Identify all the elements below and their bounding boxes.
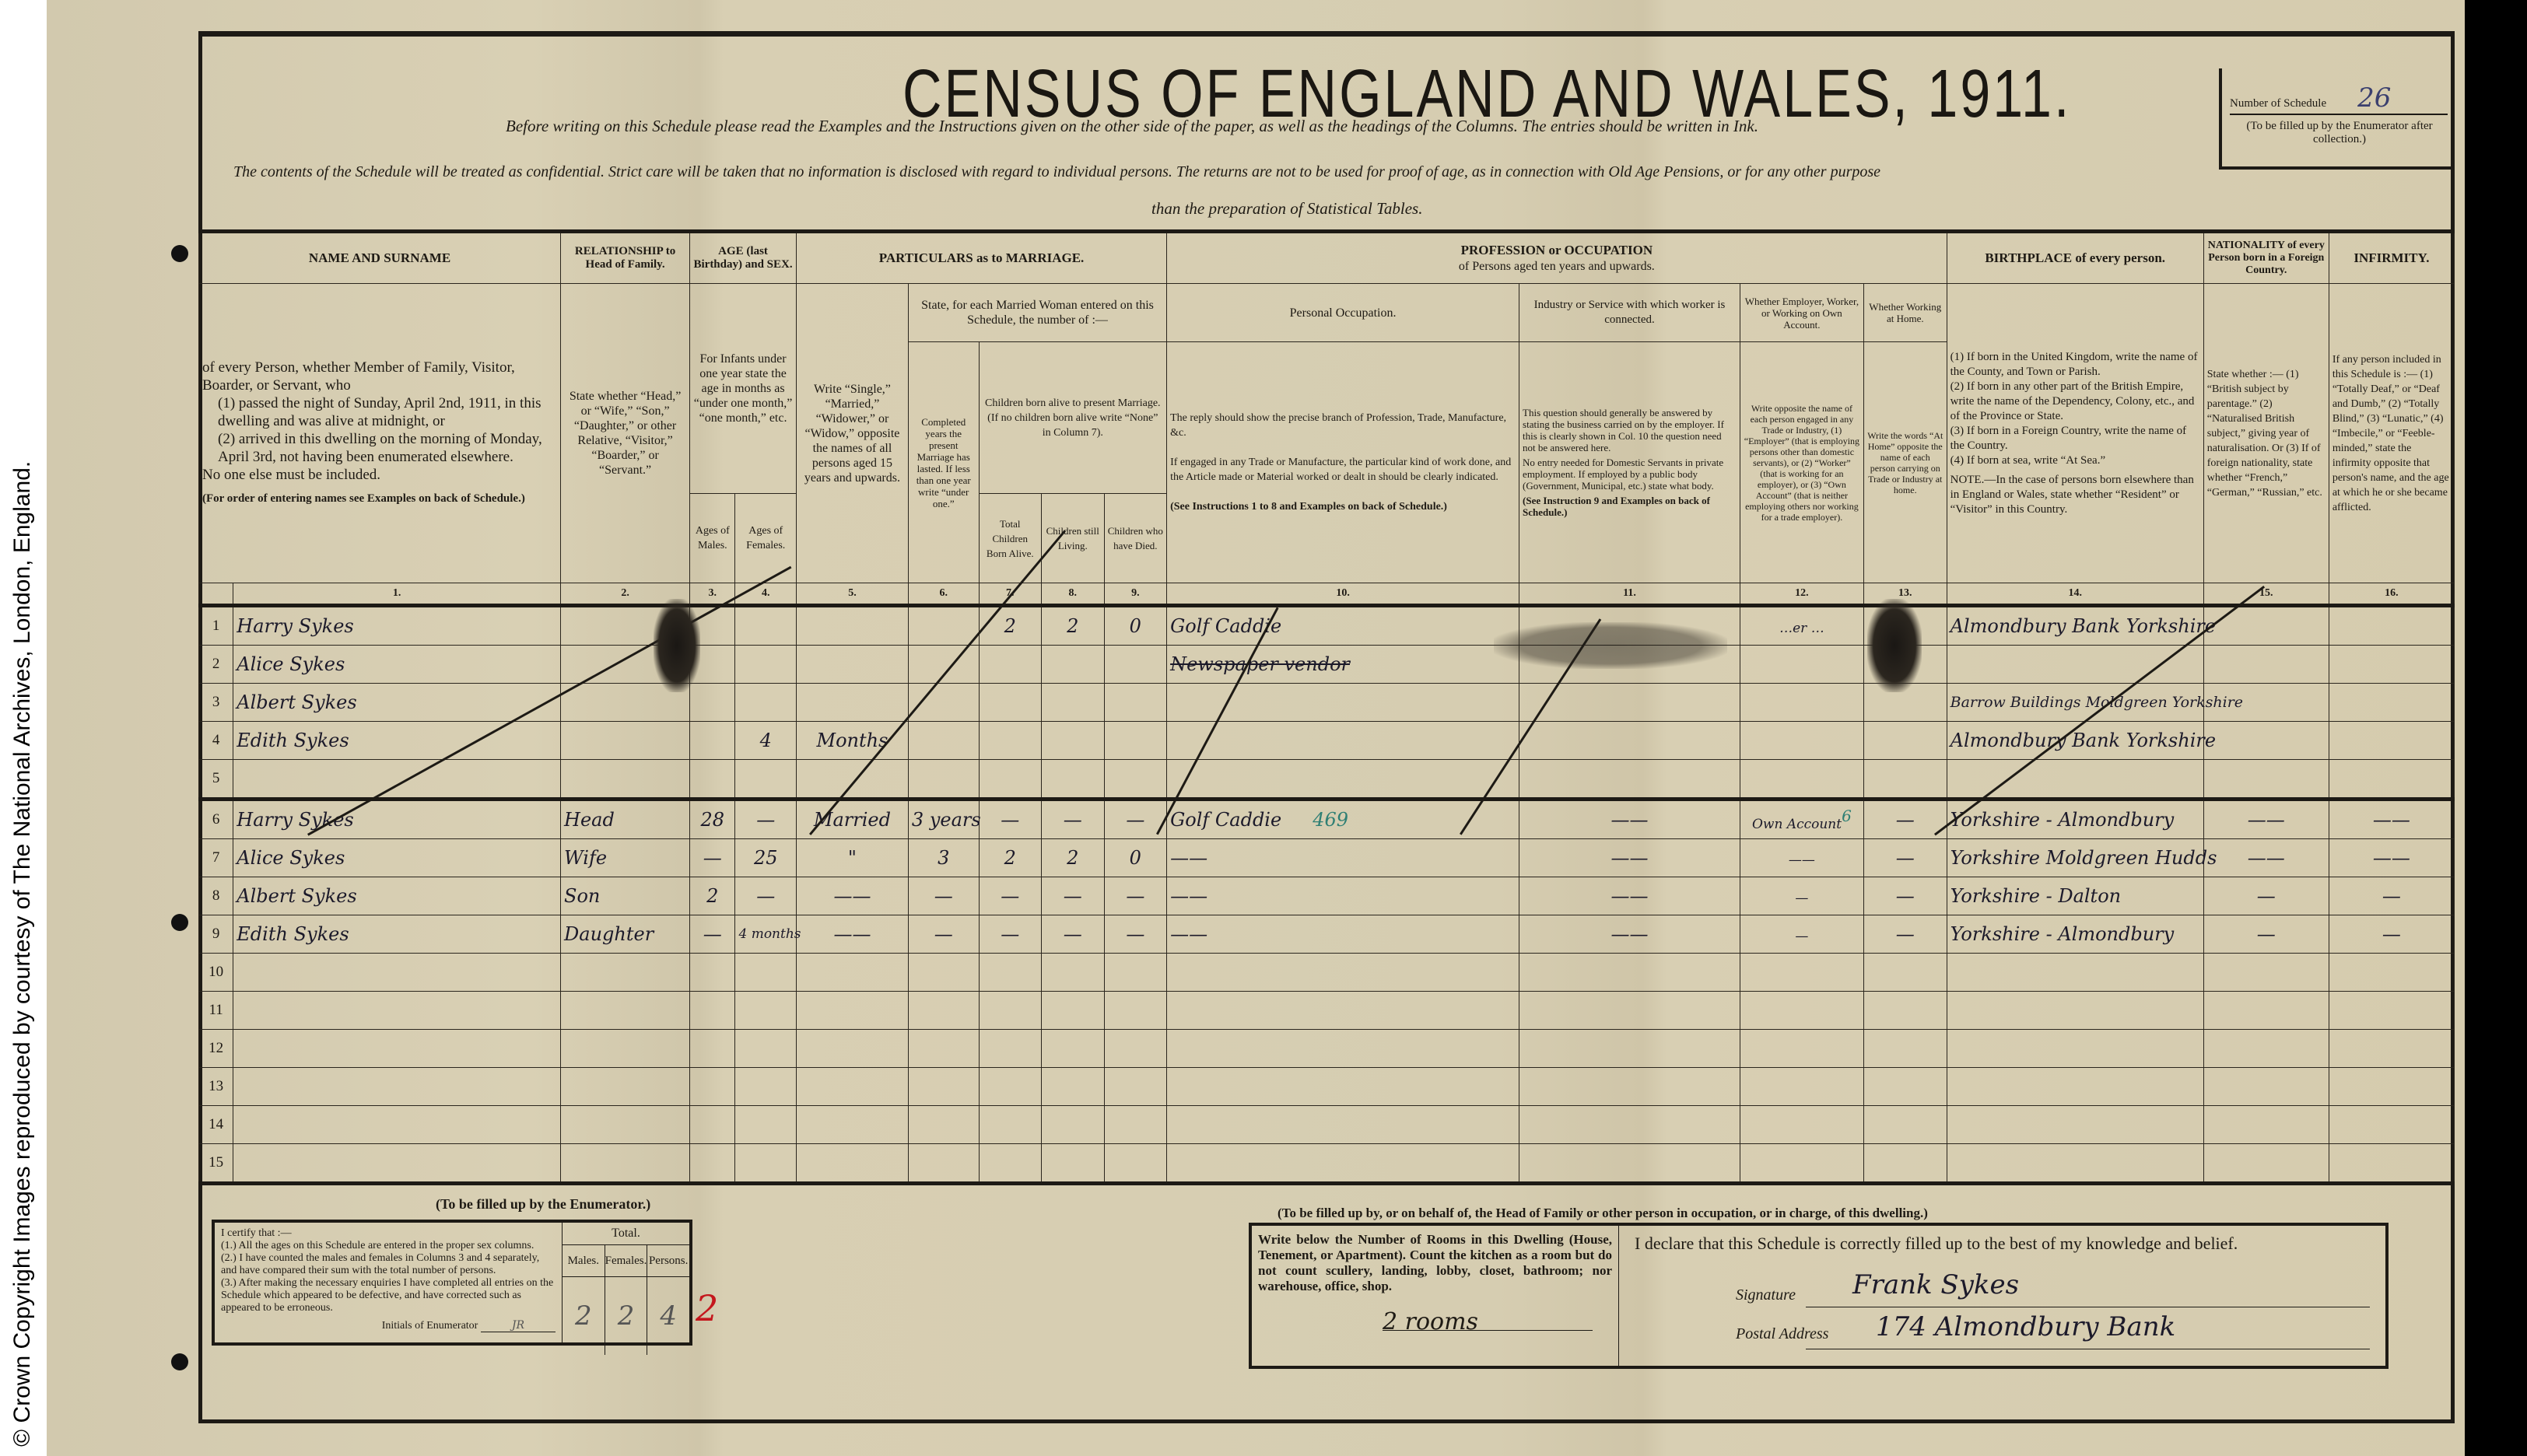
ink-blot: [1867, 599, 1922, 692]
row-number: 15: [199, 1144, 233, 1184]
children-died-cell: [1104, 992, 1167, 1030]
row-number: 3: [199, 684, 233, 722]
person-name-cell: [233, 760, 561, 800]
red-check-mark: 2: [696, 1287, 718, 1329]
nationality-cell: [2203, 722, 2329, 760]
children-living-cell: [1042, 1144, 1105, 1184]
schedule-number-note: (To be filled up by the Enumerator after…: [2230, 120, 2449, 146]
working-at-home-cell: —: [1863, 915, 1947, 954]
children-living-cell: 2: [1042, 839, 1105, 877]
years-married-cell: [908, 1106, 979, 1144]
birthplace-cell: [1947, 1068, 2203, 1106]
household-row: 10: [199, 954, 2455, 992]
row-number: 8: [199, 877, 233, 915]
nationality-cell: [2203, 606, 2329, 646]
infirmity-cell: [2329, 684, 2454, 722]
header-name: NAME AND SURNAME: [199, 232, 561, 284]
occupation-code: 469: [1313, 809, 1348, 831]
confidentiality-line-2: than the preparation of Statistical Tabl…: [1151, 199, 1422, 219]
working-at-home-cell: [1863, 1068, 1947, 1106]
nationality-cell: [2203, 646, 2329, 684]
signature: Frank Sykes: [1852, 1269, 2019, 1300]
person-name-cell: Harry Sykes: [233, 800, 561, 839]
employment-status-cell: —: [1740, 877, 1863, 915]
relationship-cell: Daughter: [561, 915, 690, 954]
schedule-number: 26: [2357, 82, 2391, 114]
person-name-cell: Alice Sykes: [233, 646, 561, 684]
birthplace-cell: [1947, 1144, 2203, 1184]
relationship-cell: [561, 992, 690, 1030]
header-employer: Whether Employer, Worker, or Working on …: [1740, 284, 1863, 342]
row-number: 6: [199, 800, 233, 839]
years-married-cell: 3: [908, 839, 979, 877]
children-living-cell: [1042, 1030, 1105, 1068]
children-died-cell: [1104, 1144, 1167, 1184]
occupation-text: Golf Caddie: [1170, 809, 1281, 831]
copyright-notice: © Crown Copyright Images reproduced by c…: [11, 461, 34, 1447]
relationship-cell: [561, 1030, 690, 1068]
years-married-cell: [908, 1030, 979, 1068]
household-row: 11: [199, 992, 2455, 1030]
total-persons: 4: [647, 1277, 689, 1355]
children-living-cell: —: [1042, 877, 1105, 915]
birthplace-cell: Yorkshire - Almondbury: [1947, 915, 2203, 954]
relationship-cell: [561, 1144, 690, 1184]
marital-status-cell: [796, 760, 908, 800]
age-female-cell: [735, 1030, 797, 1068]
header-nationality: NATIONALITY of every Person born in a Fo…: [2203, 232, 2329, 284]
age-male-cell: 2: [690, 877, 735, 915]
industry-cell: ——: [1519, 800, 1740, 839]
infirmity-cell: [2329, 760, 2454, 800]
employment-status-cell: —: [1740, 915, 1863, 954]
employer-instructions: Write opposite the name of each person e…: [1740, 342, 1863, 583]
household-row: 6Harry SykesHead28—Married3 years———Golf…: [199, 800, 2455, 839]
personal-occupation-cell: [1167, 722, 1519, 760]
age-female-cell: [735, 684, 797, 722]
industry-cell: [1519, 684, 1740, 722]
nationality-cell: [2203, 1144, 2329, 1184]
relationship-cell: [561, 1068, 690, 1106]
occupation-text: ——: [1170, 885, 1207, 907]
children-living-cell: [1042, 954, 1105, 992]
children-living-cell: [1042, 646, 1105, 684]
married-woman-instructions: State, for each Married Woman entered on…: [908, 284, 1166, 342]
children-died-cell: 0: [1104, 606, 1167, 646]
header-personal-occupation: Personal Occupation.: [1167, 284, 1519, 342]
schedule-number-label: Number of Schedule: [2230, 97, 2326, 110]
enumerator-certificate: I certify that :— (1.) All the ages on t…: [212, 1220, 692, 1346]
children-living-cell: [1042, 760, 1105, 800]
relationship-cell: [561, 954, 690, 992]
age-male-cell: [690, 954, 735, 992]
marital-status-cell: [796, 1106, 908, 1144]
employment-status-cell: [1740, 646, 1863, 684]
industry-cell: ——: [1519, 915, 1740, 954]
row-number: 2: [199, 646, 233, 684]
industry-cell: [1519, 1106, 1740, 1144]
household-row: 2Alice SykesNewspaper vendor: [199, 646, 2455, 684]
industry-cell: [1519, 1144, 1740, 1184]
occupation-text: Newspaper vendor: [1170, 653, 1350, 675]
relationship-cell: [561, 722, 690, 760]
industry-cell: [1519, 760, 1740, 800]
person-name-cell: Edith Sykes: [233, 722, 561, 760]
header-ages-males: Ages of Males.: [690, 494, 735, 583]
punch-hole: [171, 914, 188, 931]
row-number: 12: [199, 1030, 233, 1068]
marital-status-cell: [796, 1068, 908, 1106]
birthplace-cell: [1947, 646, 2203, 684]
children-born-cell: [979, 760, 1042, 800]
marital-status-cell: Married: [796, 800, 908, 839]
marital-status-cell: Months: [796, 722, 908, 760]
marital-status-cell: [796, 992, 908, 1030]
birthplace-cell: [1947, 954, 2203, 992]
males-label: Males.: [563, 1245, 605, 1276]
row-number: 11: [199, 992, 233, 1030]
person-name-cell: Harry Sykes: [233, 606, 561, 646]
children-died-cell: [1104, 1106, 1167, 1144]
home-instructions: Write the words “At Home” opposite the n…: [1863, 342, 1947, 583]
column-numbers: 1.2. 3.4. 5.6.7.8.9. 10.11.12.13. 14.15.…: [199, 583, 2455, 606]
household-row: 7Alice SykesWife—25"3220———————Yorkshire…: [199, 839, 2455, 877]
household-row: 9Edith SykesDaughter—4 months———————————…: [199, 915, 2455, 954]
children-born-cell: [979, 1030, 1042, 1068]
children-died-cell: [1104, 954, 1167, 992]
years-married-cell: [908, 1144, 979, 1184]
children-died-cell: [1104, 646, 1167, 684]
header-occupation: PROFESSION or OCCUPATIONof Persons aged …: [1167, 232, 1947, 284]
signature-label: Signature: [1736, 1286, 1796, 1304]
working-at-home-cell: —: [1863, 839, 1947, 877]
marriage-years-instructions: Completed years the present Marriage has…: [908, 342, 979, 583]
industry-cell: [1519, 722, 1740, 760]
persons-label: Persons.: [647, 1245, 689, 1276]
employment-status-cell: [1740, 1106, 1863, 1144]
years-married-cell: [908, 760, 979, 800]
working-at-home-cell: [1863, 722, 1947, 760]
postal-address: 174 Almondbury Bank: [1876, 1311, 2175, 1342]
age-female-cell: [735, 760, 797, 800]
females-label: Females.: [605, 1245, 648, 1276]
children-born-cell: —: [979, 877, 1042, 915]
household-row: 1Harry Sykes220Golf Caddie…er …Almondbur…: [199, 606, 2455, 646]
children-died-cell: [1104, 760, 1167, 800]
certify-item-2: (2.) I have counted the males and female…: [221, 1252, 556, 1277]
marital-status-cell: [796, 646, 908, 684]
nationality-cell: [2203, 954, 2329, 992]
header-home: Whether Working at Home.: [1863, 284, 1947, 342]
employment-status-cell: [1740, 684, 1863, 722]
row-number: 1: [199, 606, 233, 646]
infirmity-cell: —: [2329, 877, 2454, 915]
personal-occupation-cell: Newspaper vendor: [1167, 646, 1519, 684]
header-infirmity: INFIRMITY.: [2329, 232, 2454, 284]
employer-text: —: [1795, 929, 1808, 944]
personal-occupation-cell: [1167, 1106, 1519, 1144]
occupation-text: ——: [1170, 847, 1207, 869]
birthplace-cell: Yorkshire Moldgreen Hudds: [1947, 839, 2203, 877]
personal-occupation-cell: [1167, 760, 1519, 800]
industry-cell: [1519, 954, 1740, 992]
infirmity-cell: [2329, 606, 2454, 646]
header-age: AGE (last Birthday) and SEX.: [690, 232, 797, 284]
nationality-instructions: State whether :— (1) “British subject by…: [2203, 284, 2329, 583]
industry-cell: [1519, 1030, 1740, 1068]
household-row: 4Edith Sykes4MonthsAlmondbury Bank Yorks…: [199, 722, 2455, 760]
birthplace-cell: Almondbury Bank Yorkshire: [1947, 606, 2203, 646]
marital-status-cell: [796, 1030, 908, 1068]
years-married-cell: —: [908, 877, 979, 915]
relationship-cell: [561, 1106, 690, 1144]
person-name-cell: [233, 1030, 561, 1068]
years-married-cell: [908, 722, 979, 760]
nationality-cell: ——: [2203, 839, 2329, 877]
working-at-home-cell: [1863, 760, 1947, 800]
children-died-cell: [1104, 1030, 1167, 1068]
years-married-cell: [908, 1068, 979, 1106]
nationality-cell: —: [2203, 915, 2329, 954]
employment-status-cell: …er …: [1740, 606, 1863, 646]
children-born-cell: [979, 684, 1042, 722]
working-at-home-cell: [1863, 992, 1947, 1030]
enumerator-section-title: (To be filled up by the Enumerator.): [436, 1196, 650, 1213]
infirmity-cell: [2329, 1030, 2454, 1068]
household-row: 3Albert SykesBarrow Buildings Moldgreen …: [199, 684, 2455, 722]
age-male-cell: [690, 1030, 735, 1068]
personal-occupation-cell: ——: [1167, 915, 1519, 954]
industry-instructions: This question should generally be answer…: [1519, 342, 1740, 583]
personal-occupation-instructions: The reply should show the precise branch…: [1167, 342, 1519, 583]
marital-status-cell: ——: [796, 915, 908, 954]
header-marriage: PARTICULARS as to MARRIAGE.: [796, 232, 1166, 284]
row-number: 13: [199, 1068, 233, 1106]
person-name-cell: Albert Sykes: [233, 877, 561, 915]
punch-hole: [171, 245, 188, 262]
name-instructions: of every Person, whether Member of Famil…: [199, 284, 561, 583]
household-row: 14: [199, 1106, 2455, 1144]
infirmity-cell: [2329, 954, 2454, 992]
head-of-family-declaration: Write below the Number of Rooms in this …: [1249, 1223, 2389, 1369]
row-number: 9: [199, 915, 233, 954]
employment-status-cell: [1740, 1068, 1863, 1106]
children-living-cell: [1042, 684, 1105, 722]
enumerator-initials: JR: [481, 1319, 556, 1332]
children-living-cell: [1042, 722, 1105, 760]
children-died-cell: [1104, 684, 1167, 722]
birthplace-cell: Yorkshire - Almondbury: [1947, 800, 2203, 839]
relationship-instructions: State whether “Head,” or “Wife,” “Son,” …: [561, 284, 690, 583]
signature-line: [1806, 1307, 2370, 1307]
infirmity-cell: [2329, 1144, 2454, 1184]
industry-cell: [1519, 1068, 1740, 1106]
person-name-cell: [233, 1068, 561, 1106]
number-of-rooms: 2 rooms: [1383, 1314, 1593, 1331]
occupation-text: ——: [1170, 923, 1207, 945]
totals-label: Total.: [563, 1223, 689, 1245]
ink-blot: [654, 599, 700, 692]
schedule-number-box: Number of Schedule26 (To be filled up by…: [2219, 68, 2454, 170]
punch-hole: [171, 1353, 188, 1370]
age-female-cell: [735, 1068, 797, 1106]
children-born-cell: 2: [979, 839, 1042, 877]
personal-occupation-cell: ——: [1167, 839, 1519, 877]
children-living-cell: [1042, 1106, 1105, 1144]
marital-status-cell: ——: [796, 877, 908, 915]
employment-status-cell: ——: [1740, 839, 1863, 877]
declaration-text: I declare that this Schedule is correctl…: [1635, 1234, 2370, 1254]
industry-cell: [1519, 992, 1740, 1030]
age-female-cell: 4: [735, 722, 797, 760]
person-name-cell: [233, 954, 561, 992]
age-male-cell: [690, 760, 735, 800]
children-born-cell: —: [979, 800, 1042, 839]
employment-status-cell: [1740, 992, 1863, 1030]
marital-status-cell: [796, 1144, 908, 1184]
children-born-cell: [979, 646, 1042, 684]
children-born-cell: [979, 1106, 1042, 1144]
personal-occupation-cell: [1167, 1068, 1519, 1106]
certify-item-3: (3.) After making the necessary enquirie…: [221, 1277, 556, 1314]
nationality-cell: [2203, 1068, 2329, 1106]
confidentiality-line: The contents of the Schedule will be tre…: [233, 163, 1880, 181]
total-males: 2: [563, 1277, 605, 1355]
infirmity-instructions: If any person included in this Schedule …: [2329, 284, 2454, 583]
relationship-cell: Wife: [561, 839, 690, 877]
employment-code: 6: [1842, 807, 1852, 825]
personal-occupation-cell: [1167, 1144, 1519, 1184]
children-born-cell: [979, 954, 1042, 992]
working-at-home-cell: [1863, 1144, 1947, 1184]
infirmity-cell: [2329, 646, 2454, 684]
age-female-cell: 4 months: [735, 915, 797, 954]
age-male-cell: [690, 1106, 735, 1144]
employment-status-cell: [1740, 954, 1863, 992]
nationality-cell: [2203, 1106, 2329, 1144]
person-name-cell: [233, 992, 561, 1030]
postal-address-label: Postal Address: [1736, 1325, 1828, 1343]
years-married-cell: [908, 646, 979, 684]
children-living-cell: [1042, 992, 1105, 1030]
personal-occupation-cell: ——: [1167, 877, 1519, 915]
personal-occupation-cell: [1167, 992, 1519, 1030]
row-number: 7: [199, 839, 233, 877]
infirmity-cell: ——: [2329, 839, 2454, 877]
row-number: 5: [199, 760, 233, 800]
row-number: 10: [199, 954, 233, 992]
household-row: 13: [199, 1068, 2455, 1106]
employer-text: —: [1795, 891, 1808, 906]
age-female-cell: [735, 646, 797, 684]
infirmity-cell: —: [2329, 915, 2454, 954]
personal-occupation-cell: Golf Caddie469: [1167, 800, 1519, 839]
header-relationship: RELATIONSHIP to Head of Family.: [561, 232, 690, 284]
personal-occupation-cell: [1167, 1030, 1519, 1068]
children-died-cell: 0: [1104, 839, 1167, 877]
age-female-cell: [735, 606, 797, 646]
children-died-cell: —: [1104, 877, 1167, 915]
children-died-cell: —: [1104, 915, 1167, 954]
children-born-cell: [979, 722, 1042, 760]
birthplace-cell: Barrow Buildings Moldgreen Yorkshire: [1947, 684, 2203, 722]
age-male-cell: —: [690, 915, 735, 954]
age-male-cell: [690, 1068, 735, 1106]
working-at-home-cell: [1863, 954, 1947, 992]
birthplace-cell: [1947, 992, 2203, 1030]
marital-status-cell: [796, 954, 908, 992]
marital-status-cell: ": [796, 839, 908, 877]
person-name-cell: Albert Sykes: [233, 684, 561, 722]
age-male-cell: [690, 992, 735, 1030]
years-married-cell: [908, 992, 979, 1030]
totals: Total. Males. Females. Persons. 2 2 4: [563, 1223, 689, 1342]
nationality-cell: [2203, 992, 2329, 1030]
children-died-cell: [1104, 1068, 1167, 1106]
children-living-cell: —: [1042, 800, 1105, 839]
household-row: 12: [199, 1030, 2455, 1068]
birthplace-cell: [1947, 1030, 2203, 1068]
header-industry: Industry or Service with which worker is…: [1519, 284, 1740, 342]
children-living-cell: 2: [1042, 606, 1105, 646]
row-number: 14: [199, 1106, 233, 1144]
relationship-cell: Head: [561, 800, 690, 839]
nationality-cell: [2203, 1030, 2329, 1068]
children-born-cell: [979, 1144, 1042, 1184]
person-name-cell: [233, 1106, 561, 1144]
age-female-cell: —: [735, 800, 797, 839]
industry-cell: ——: [1519, 839, 1740, 877]
years-married-cell: [908, 606, 979, 646]
head-of-family-section-title: (To be filled up by, or on behalf of, th…: [1278, 1206, 1928, 1221]
age-female-cell: [735, 1144, 797, 1184]
age-female-cell: [735, 1106, 797, 1144]
infirmity-cell: [2329, 722, 2454, 760]
header-birthplace: BIRTHPLACE of every person.: [1947, 232, 2203, 284]
employment-status-cell: [1740, 760, 1863, 800]
nationality-cell: —: [2203, 877, 2329, 915]
birthplace-cell: Yorkshire - Dalton: [1947, 877, 2203, 915]
age-male-cell: —: [690, 839, 735, 877]
birthplace-instructions: (1) If born in the United Kingdom, write…: [1947, 284, 2203, 583]
infirmity-cell: [2329, 992, 2454, 1030]
children-born-cell: [979, 992, 1042, 1030]
age-female-cell: 25: [735, 839, 797, 877]
person-name-cell: Alice Sykes: [233, 839, 561, 877]
infirmity-cell: [2329, 1106, 2454, 1144]
row-number: 4: [199, 722, 233, 760]
nationality-cell: ——: [2203, 800, 2329, 839]
age-female-cell: [735, 992, 797, 1030]
working-at-home-cell: [1863, 1106, 1947, 1144]
employment-status-cell: [1740, 1144, 1863, 1184]
age-female-cell: [735, 954, 797, 992]
household-row: 8Albert SykesSon2—————————————Yorkshire …: [199, 877, 2455, 915]
age-female-cell: —: [735, 877, 797, 915]
years-married-cell: —: [908, 915, 979, 954]
marital-status-cell: [796, 684, 908, 722]
header-children-living: Children still Living.: [1042, 494, 1105, 583]
marital-status-cell: [796, 606, 908, 646]
working-at-home-cell: [1863, 1030, 1947, 1068]
birthplace-cell: [1947, 760, 2203, 800]
certify-item-1: (1.) All the ages on this Schedule are e…: [221, 1240, 556, 1252]
relationship-cell: [561, 760, 690, 800]
employer-text: Own Account: [1752, 817, 1842, 832]
marital-status-instructions: Write “Single,” “Married,” “Widower,” or…: [796, 284, 908, 583]
years-married-cell: 3 years: [908, 800, 979, 839]
age-male-cell: [690, 1144, 735, 1184]
